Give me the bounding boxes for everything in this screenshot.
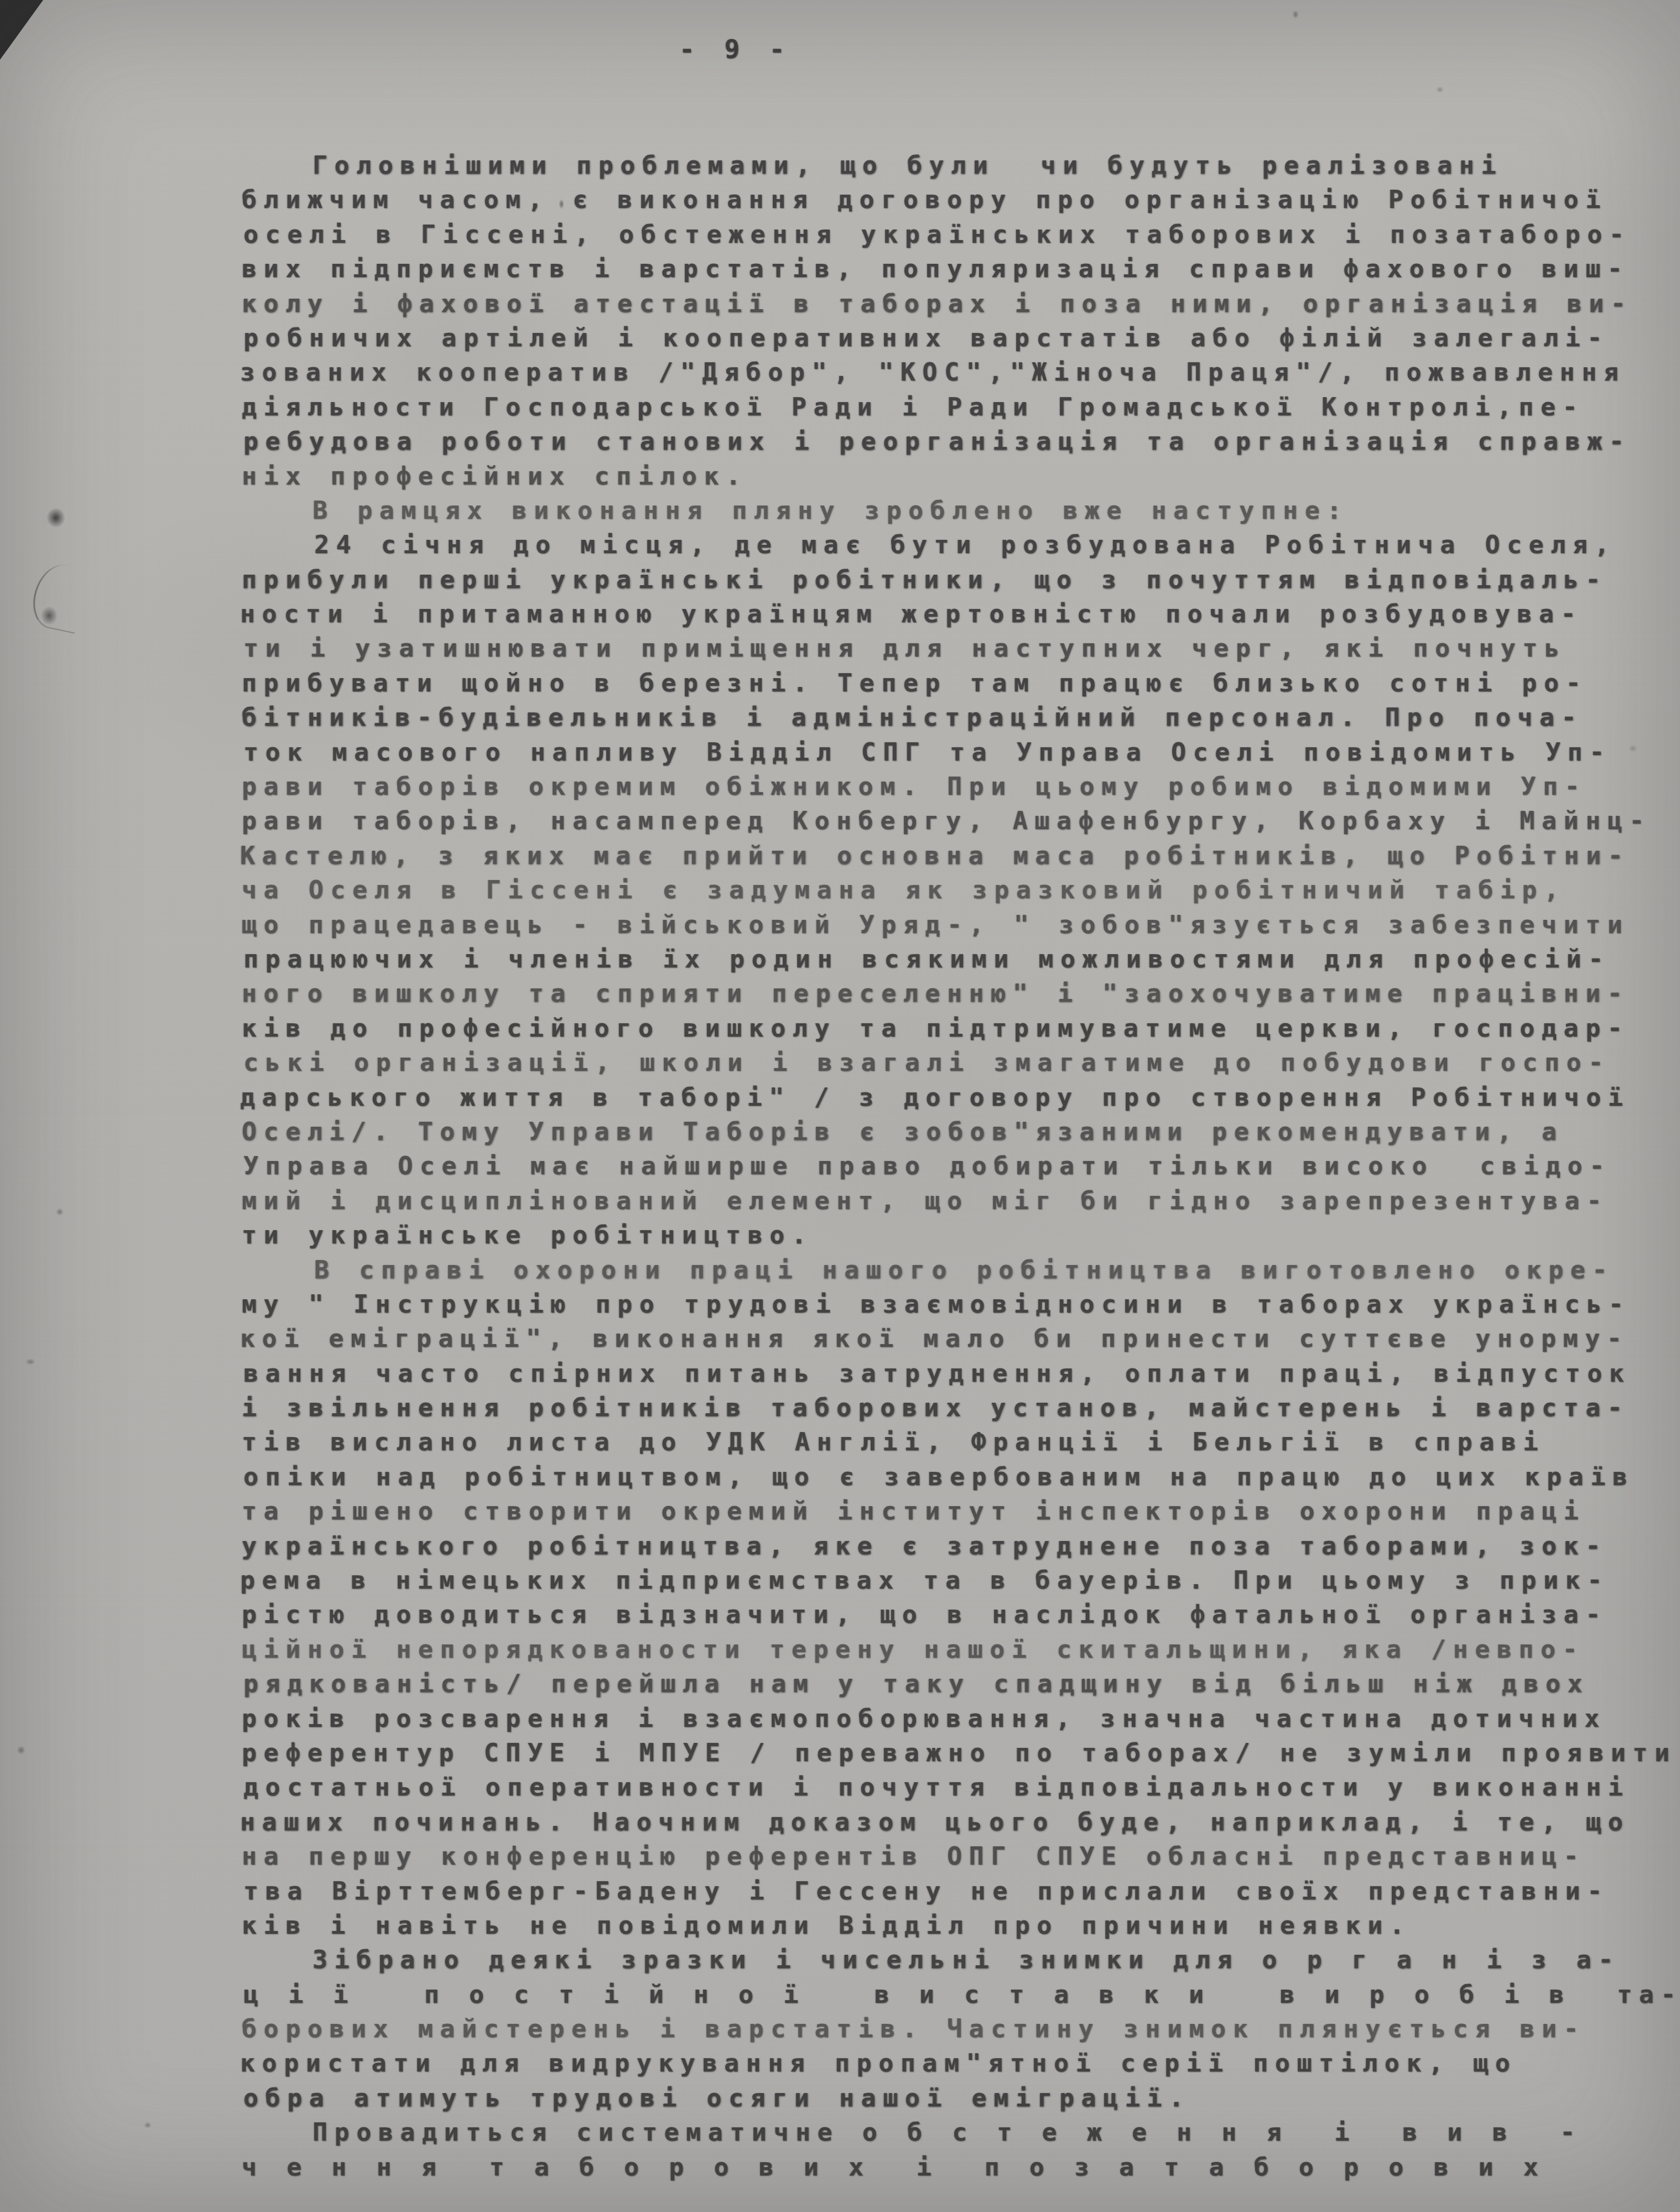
document-text-block: Головнішими проблемами, що були чи будут… (242, 148, 1636, 2184)
text-line: ток масового напливу Відділ СПГ та Управ… (243, 735, 1637, 769)
ink-speck (17, 1746, 25, 1755)
text-line: ків до професійного вишколу та підтримув… (242, 1011, 1636, 1045)
scanned-document: { "colors": { "paper": "#b4b3b0", "ink":… (0, 0, 1680, 2212)
ink-speck (25, 1359, 35, 1365)
text-line: вих підприємств і варстатів, популяризац… (242, 252, 1636, 286)
text-line: ности і притаманною українцям жертовніст… (240, 597, 1634, 631)
text-line: тва Вірттемберг-Бадену і Гессену не прис… (243, 1874, 1637, 1908)
ink-speck (1436, 86, 1444, 93)
text-line: бітників-будівельників і адміністраційни… (242, 700, 1636, 735)
text-line: вання часто спірних питань затруднення, … (243, 1356, 1637, 1391)
text-line: що працедавець - військовий Уряд-, " зоб… (242, 908, 1636, 942)
text-line: ційної непорядкованости терену нашої ски… (242, 1632, 1636, 1667)
text-line: на першу конференцію референтів ОПГ СПУЕ… (242, 1839, 1636, 1873)
text-line: тів вислано листа до УДК Англії, Франції… (242, 1425, 1636, 1459)
text-line: ближчим часом, є виконання договору про … (242, 183, 1636, 217)
ink-speck (46, 508, 65, 528)
text-line: ча Оселя в Гіссені є задумана як зразков… (242, 873, 1636, 907)
text-line: дарського життя в таборі" / з договору п… (240, 1080, 1634, 1115)
text-line: референтур СПУЕ і МПУЕ / переважно по та… (242, 1736, 1636, 1770)
text-line: наших починань. Наочним доказом цього бу… (240, 1805, 1634, 1839)
text-line: ного вишколу та сприяти переселенню" і "… (242, 976, 1636, 1011)
page-number: - 9 - (679, 34, 792, 64)
text-line: обра атимуть трудові осяги нашої еміграц… (243, 2081, 1637, 2115)
text-line: 24 січня до місця, де має бути розбудова… (243, 528, 1637, 562)
text-line: Провадиться систематичне о б с т е ж е н… (242, 2115, 1636, 2149)
text-line: ребудова роботи станових і реорганізація… (243, 424, 1637, 459)
text-line: ти і узатишнювати приміщення для наступн… (243, 631, 1637, 665)
text-line: ків і навіть не повідомили Відділ про пр… (242, 1908, 1636, 1943)
text-line: В рамцях виконання пляну зроблено вже на… (242, 493, 1636, 528)
text-line: ські організації, школи і взагалі змагат… (243, 1045, 1637, 1080)
text-line: та рішено створити окремий інститут інсп… (242, 1494, 1636, 1528)
ink-speck (56, 1208, 64, 1216)
ink-speck (144, 2122, 152, 2128)
text-line: Управа Оселі має найширше право добирати… (243, 1149, 1637, 1183)
text-line: борових майстерень і варстатів. Частину … (242, 2012, 1636, 2046)
text-line: ч е н н я т а б о р о в и х і п о з а т … (242, 2150, 1636, 2184)
text-line: рави таборів окремим обіжником. При цьом… (242, 769, 1636, 804)
text-line: користати для видрукування пропам"ятної … (240, 2046, 1634, 2080)
text-line: ти українське робітництво. (242, 1218, 1636, 1252)
text-line: Головнішими проблемами, що були чи будут… (242, 148, 1636, 183)
text-line: Оселі/. Тому Управи Таборів є зобов"язан… (242, 1115, 1636, 1149)
text-line: рема в німецьких підприємствах та в бауе… (240, 1563, 1634, 1597)
text-line: колу і фахової атестації в таборах і поз… (242, 287, 1636, 321)
text-line: рядкованість/ перейшла нам у таку спадщи… (243, 1667, 1637, 1701)
text-line: українського робітництва, яке є затрудне… (242, 1529, 1636, 1563)
text-line: прибувати щойно в березні. Тепер там пра… (242, 666, 1636, 700)
text-line: достатньої оперативности і почуття відпо… (243, 1770, 1637, 1804)
scan-corner-artifact (0, 0, 43, 60)
text-line: му " Інструкцію про трудові взаємовіднос… (242, 1287, 1636, 1321)
text-line: робничих артілей і кооперативних варстат… (243, 321, 1637, 355)
ink-squiggle-artifact (28, 560, 89, 633)
text-line: Зібрано деякі зразки і чисельні знимки д… (242, 1943, 1636, 1977)
text-line: ніх професійних спілок. (242, 459, 1636, 493)
text-line: опіки над робітництвом, що є завербовани… (243, 1460, 1637, 1494)
text-line: ц і ї п о с т і й н о ї в и с т а в к и … (243, 1977, 1637, 2012)
text-line: оселі в Гіссені, обстеження українських … (243, 217, 1637, 252)
text-line: діяльности Господарської Ради і Ради Гро… (242, 390, 1636, 424)
text-line: В справі охорони праці нашого робітництв… (243, 1253, 1637, 1287)
text-line: зованих кооператив /"Дябор", "КОС","Жіно… (240, 355, 1634, 389)
text-line: мий і дисциплінований елемент, що міг би… (242, 1184, 1636, 1218)
text-line: Кастелю, з яких має прийти основна маса … (240, 839, 1634, 873)
text-line: кої еміграції", виконання якої мало би п… (240, 1321, 1634, 1356)
text-line: працюючих і членів їх родин всякими можл… (243, 942, 1637, 976)
text-line: рави таборів, насамперед Конбергу, Ашафе… (242, 804, 1636, 838)
text-line: прибули перші українські робітники, що з… (242, 563, 1636, 597)
ink-speck (1292, 10, 1299, 19)
ink-speck (41, 606, 58, 625)
text-line: рістю доводиться відзначити, що в наслід… (242, 1597, 1636, 1632)
text-line: років розсварення і взаємопоборювання, з… (242, 1701, 1636, 1736)
text-line: і звільнення робітників таборових устано… (242, 1391, 1636, 1425)
